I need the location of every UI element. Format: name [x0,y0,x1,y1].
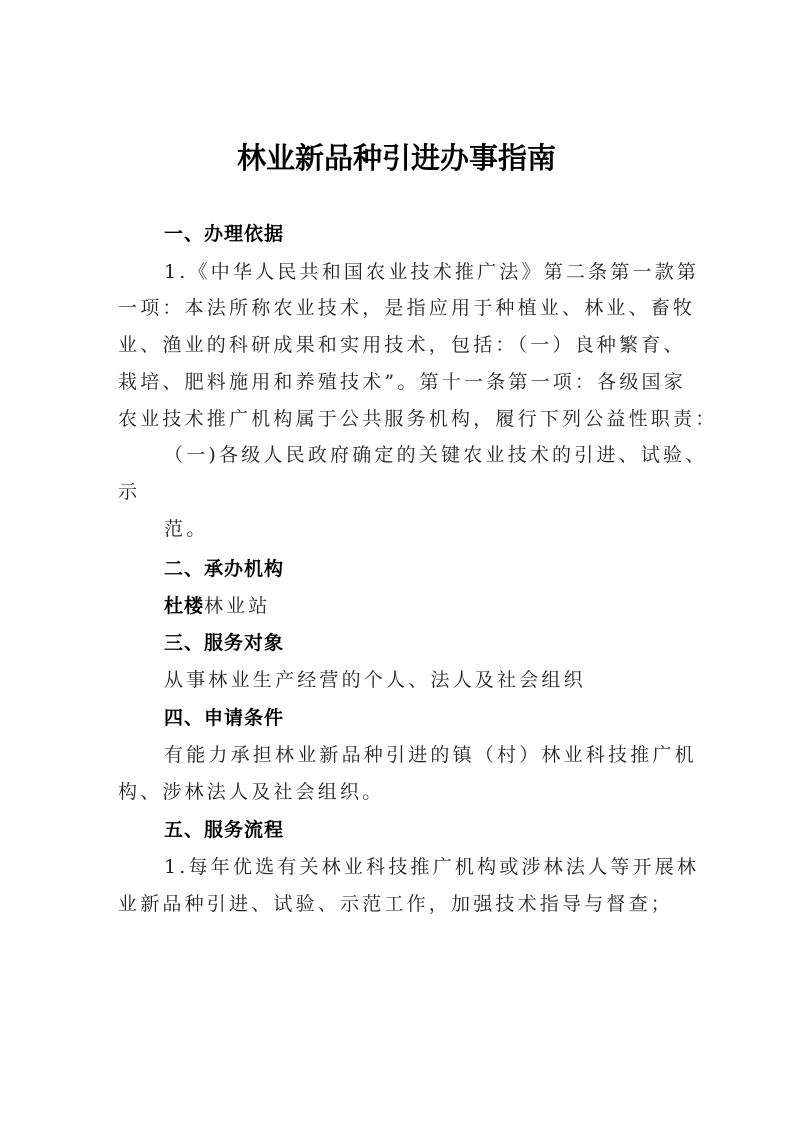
paragraph-line: （一)各级人民政府确定的关键农业技术的引进、试验、 [164,440,707,467]
section-heading-conditions: 四、申请条件 [164,703,284,730]
org-name-rest: 林业站 [204,595,271,617]
paragraph-line: 农业技术推广机构属于公共服务机构，履行下列公益性职责： [118,404,717,431]
paragraph-line: 有能力承担林业新品种引进的镇（村）林业科技推广机 [164,740,697,767]
paragraph-line: 示 [118,477,140,504]
section-heading-org: 二、承办机构 [164,554,284,581]
paragraph-line: 范。 [164,514,208,541]
section-heading-process: 五、服务流程 [164,815,284,842]
document-title: 林业新品种引进办事指南 [0,136,793,177]
section-heading-target: 三、服务对象 [164,628,284,655]
section-heading-basis: 一、办理依据 [164,219,284,246]
paragraph-line: 栽培、肥料施用和养殖技术”。第十一条第一项：各级国家 [118,367,686,394]
org-line: 杜楼林业站 [164,591,271,618]
paragraph-line: 业新品种引进、试验、示范工作，加强技术指导与督查； [118,889,673,916]
paragraph-line: 构、涉林法人及社会组织。 [118,777,384,804]
org-name-bold: 杜楼 [164,595,204,617]
paragraph-line: 1.《中华人民共和国农业技术推广法》第二条第一款第 [164,257,699,284]
paragraph-line: 业、渔业的科研成果和实用技术，包括：（一）良种繁育、 [118,330,686,357]
paragraph-line: 1.每年优选有关林业科技推广机构或涉林法人等开展林 [164,852,699,879]
paragraph-line: 从事林业生产经营的个人、法人及社会组织 [164,665,586,692]
paragraph-line: 一项：本法所称农业技术，是指应用于种植业、林业、畜牧 [118,293,695,320]
